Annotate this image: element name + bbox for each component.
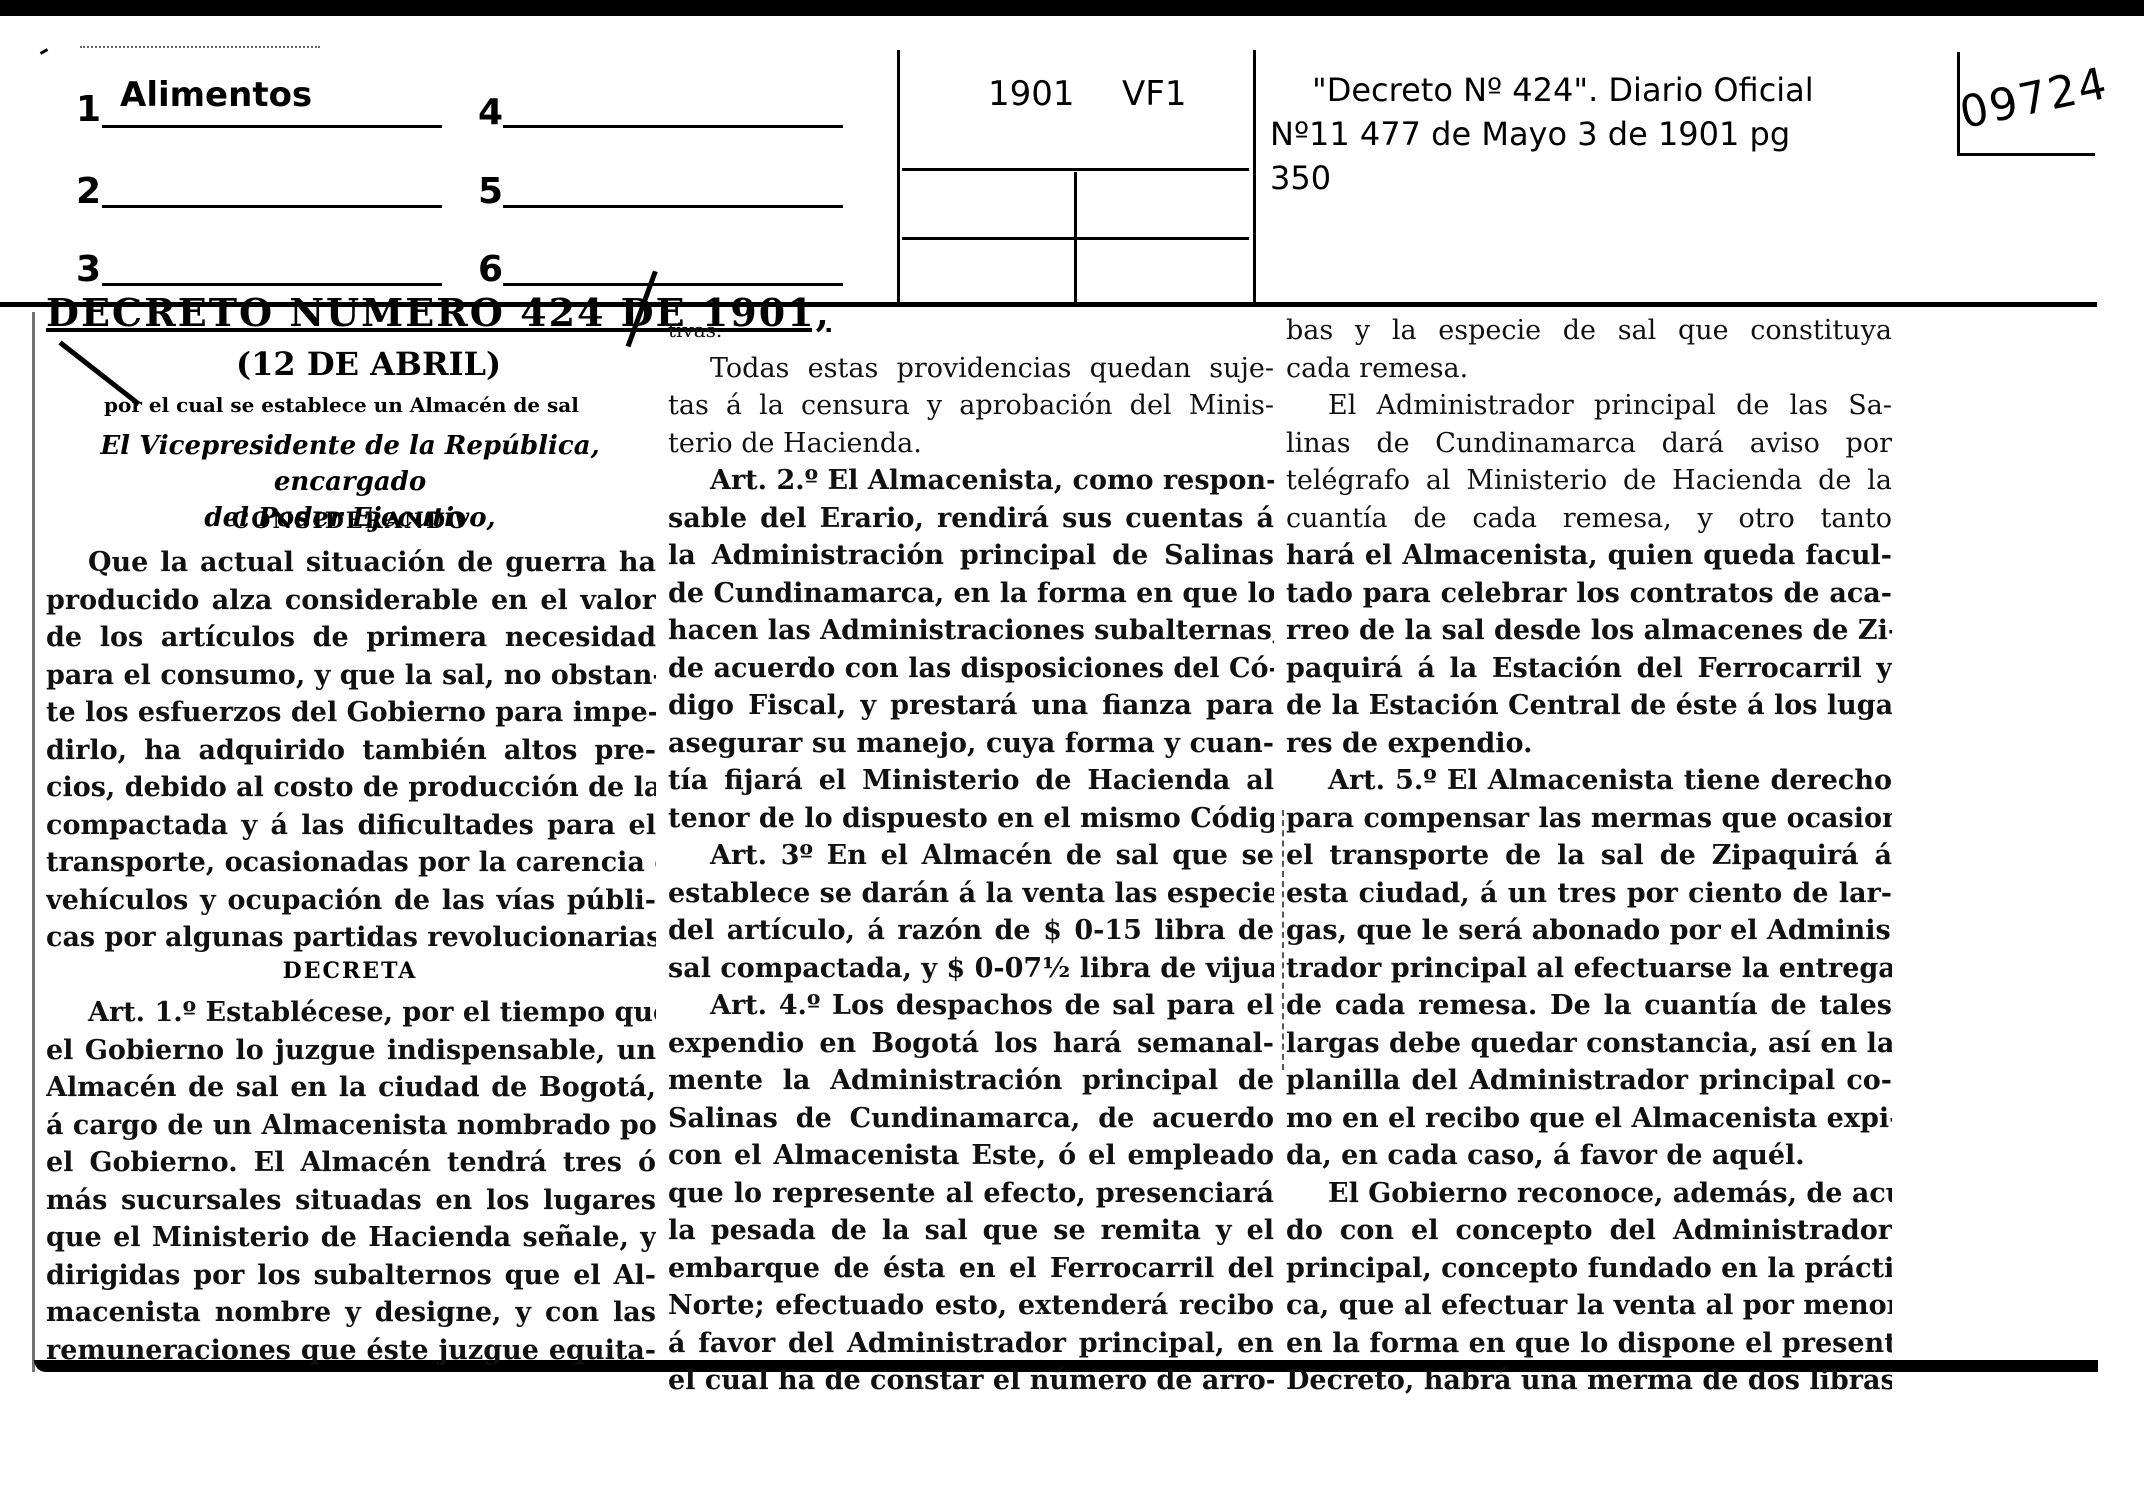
text-line: tado para celebrar los contratos de aca- [1286, 575, 1892, 613]
text-line: ca, que al efectuar la venta al por meno… [1286, 1287, 1892, 1325]
text-line: la pesada de la sal que se remita y el [668, 1212, 1274, 1250]
text-line: mente la Administración principal de [668, 1062, 1274, 1100]
text-line: cas por algunas partidas revolucionarias… [46, 919, 656, 957]
text-line: asegurar su manejo, cuya forma y cuan- [668, 725, 1274, 763]
text-line: cada remesa. [1286, 350, 1892, 388]
pen-mark [40, 48, 48, 55]
column-divider-dashed [1282, 810, 1284, 1070]
code-box-left-border [897, 50, 900, 304]
text-line: en la forma en que lo dispone el present… [1286, 1325, 1892, 1363]
column-1-considerando: Que la actual situación de guerra ha pro… [46, 544, 656, 957]
text-line: El Gobierno reconoce, además, de acuer- [1286, 1175, 1892, 1213]
text-line: de Cundinamarca, en la forma en que lo [668, 575, 1274, 613]
text-line: de cada remesa. De la cuantía de tales [1286, 987, 1892, 1025]
text-line: Art. 5.º El Almacenista tiene derecho [1286, 762, 1892, 800]
text-line: largas debe quedar constancia, así en la [1286, 1025, 1892, 1063]
field-2-line [102, 205, 442, 208]
record-id-handwritten: 09724 [1955, 58, 2112, 139]
text-line: compactada y á las dificultades para el [46, 807, 656, 845]
text-line: tas á la censura y aprobación del Minis- [668, 387, 1274, 425]
field-1-line [102, 125, 442, 128]
text-line: á favor del Administrador principal, en [668, 1325, 1274, 1363]
text-line: expendio en Bogotá los hará semanal- [668, 1025, 1274, 1063]
decree-subtitle: por el cual se establece un Almacén de s… [104, 393, 579, 417]
text-line: Todas estas providencias quedan suje- [668, 350, 1274, 388]
illegible-scribble [80, 46, 320, 51]
field-4-number: 4 [478, 95, 503, 131]
text-line: dirlo, ha adquirido también altos pre- [46, 732, 656, 770]
text-line: rreo de la sal desde los almacenes de Zi… [1286, 612, 1892, 650]
citation-line-1: "Decreto Nº 424". Diario Oficial [1270, 68, 1950, 112]
column-3: bas y la especie de sal que constituya c… [1286, 312, 1892, 1400]
text-line: á cargo de un Almacenista nombrado por [46, 1107, 656, 1145]
text-line: terio de Hacienda. [668, 425, 1274, 463]
text-line: el transporte de la sal de Zipaquirá á [1286, 837, 1892, 875]
field-6-number: 6 [478, 252, 503, 288]
text-line: más sucursales situadas en los lugares [46, 1182, 656, 1220]
text-line: la Administración principal de Salinas [668, 537, 1274, 575]
text-line: sable del Erario, rendirá sus cuentas á [668, 500, 1274, 538]
record-id-underline [1957, 153, 2095, 156]
text-line: mo en el recibo que el Almacenista expi- [1286, 1100, 1892, 1138]
field-4-line [503, 125, 843, 128]
text-line: principal, concepto fundado en la prácti… [1286, 1250, 1892, 1288]
text-line: paquirá á la Estación del Ferrocarril y [1286, 650, 1892, 688]
text-line: bas y la especie de sal que constituya [1286, 312, 1892, 350]
text-line: el Gobierno lo juzgue indispensable, un [46, 1032, 656, 1070]
text-line: embarque de ésta en el Ferrocarril del [668, 1250, 1274, 1288]
text-line: el cual ha de constar el número de arro- [668, 1362, 1274, 1400]
text-line: transporte, ocasionadas por la carencia … [46, 844, 656, 882]
citation-block: "Decreto Nº 424". Diario Oficial Nº11 47… [1270, 68, 1950, 200]
text-line: que el Ministerio de Hacienda señale, y [46, 1219, 656, 1257]
text-line: planilla del Administrador principal co- [1286, 1062, 1892, 1100]
text-line: sal compactada, y $ 0-07½ libra de vijua… [668, 950, 1274, 988]
text-line: El Administrador principal de las Sa- [1286, 387, 1892, 425]
text-line: Art. 1.º Establécese, por el tiempo que [46, 994, 656, 1032]
field-5-line [503, 205, 843, 208]
text-line: dirigidas por los subalternos que el Al- [46, 1257, 656, 1295]
text-line: digo Fiscal, y prestará una fianza para [668, 687, 1274, 725]
clipping-left-edge [32, 312, 35, 1372]
column-1-decreta: Art. 1.º Establécese, por el tiempo que … [46, 994, 656, 1369]
text-line: cios, debido al costo de producción de l… [46, 769, 656, 807]
text-line: res de expendio. [1286, 725, 1892, 763]
text-line: de la Estación Central de éste á los lug… [1286, 687, 1892, 725]
text-line: con el Almacenista Este, ó el empleado [668, 1137, 1274, 1175]
citation-line-2: Nº11 477 de Mayo 3 de 1901 pg [1270, 112, 1950, 156]
text-line: Norte; efectuado esto, extenderá recibo [668, 1287, 1274, 1325]
text-line: para compensar las mermas que ocasione [1286, 800, 1892, 838]
text-line: do con el concepto del Administrador [1286, 1212, 1892, 1250]
text-line: telégrafo al Ministerio de Hacienda de l… [1286, 462, 1892, 500]
decree-date: (12 DE ABRIL) [236, 345, 501, 383]
text-line: tivas. [668, 312, 1274, 350]
text-line: Decreto, habrá una merma de dos libras [1286, 1362, 1892, 1400]
text-line: Salinas de Cundinamarca, de acuerdo [668, 1100, 1274, 1138]
text-line: que lo represente al efecto, presenciará [668, 1175, 1274, 1213]
text-line: hará el Almacenista, quien queda facul- [1286, 537, 1892, 575]
code-box-rule-2 [902, 237, 1249, 240]
text-line: Art. 4.º Los despachos de sal para el [668, 987, 1274, 1025]
text-line: te los esfuerzos del Gobierno para impe- [46, 694, 656, 732]
text-line: trador principal al efectuarse la entreg… [1286, 950, 1892, 988]
code-series: VF1 [1122, 77, 1186, 111]
top-border-bar [0, 0, 2144, 16]
text-line: Que la actual situación de guerra ha [46, 544, 656, 582]
text-line: gas, que le será abonado por el Adminis- [1286, 912, 1892, 950]
citation-line-3: 350 [1270, 156, 1950, 200]
text-line: hacen las Administraciones subalternas, [668, 612, 1274, 650]
text-line: de los artículos de primera necesidad [46, 619, 656, 657]
field-2-number: 2 [76, 174, 101, 210]
text-line: Almacén de sal en la ciudad de Bogotá, [46, 1069, 656, 1107]
field-1-number: 1 [76, 92, 101, 128]
text-line: tenor de lo dispuesto en el mismo Código… [668, 800, 1274, 838]
text-line: para el consumo, y que la sal, no obstan… [46, 657, 656, 695]
decreta-heading: DECRETA [40, 958, 660, 984]
code-box-right-border [1253, 50, 1256, 304]
text-line: remuneraciones que éste juzgue equita- [46, 1332, 656, 1370]
code-year: 1901 [988, 77, 1075, 111]
text-line: del artículo, á razón de $ 0-15 libra de [668, 912, 1274, 950]
text-line: el Gobierno. El Almacén tendrá tres ó [46, 1144, 656, 1182]
text-line: producido alza considerable en el valor [46, 582, 656, 620]
text-line: linas de Cundinamarca dará aviso por [1286, 425, 1892, 463]
considerando-heading: CONSIDERANDO [40, 508, 660, 534]
text-line: vehículos y ocupación de las vías públi- [46, 882, 656, 920]
text-line: tía fijará el Ministerio de Hacienda al [668, 762, 1274, 800]
text-line: esta ciudad, á un tres por ciento de lar… [1286, 875, 1892, 913]
code-box-rule-1 [902, 168, 1249, 171]
field-3-line [102, 283, 442, 286]
text-line: cuantía de cada remesa, y otro tanto [1286, 500, 1892, 538]
field-5-number: 5 [478, 174, 503, 210]
text-line: Art. 3º En el Almacén de sal que se [668, 837, 1274, 875]
text-line: macenista nombre y designe, y con las [46, 1294, 656, 1332]
column-2: tivas. Todas estas providencias quedan s… [668, 312, 1274, 1400]
field-6-line [503, 283, 843, 286]
text-line: da, en cada caso, á favor de aquél. [1286, 1137, 1892, 1175]
text-line: establece se darán á la venta las especi… [668, 875, 1274, 913]
field-1-value[interactable]: Alimentos [120, 78, 312, 112]
field-3-number: 3 [76, 252, 101, 288]
text-line: Art. 2.º El Almacenista, como respon- [668, 462, 1274, 500]
issuer-line-1: El Vicepresidente de la República, encar… [40, 428, 660, 500]
text-line: de acuerdo con las disposiciones del Có- [668, 650, 1274, 688]
